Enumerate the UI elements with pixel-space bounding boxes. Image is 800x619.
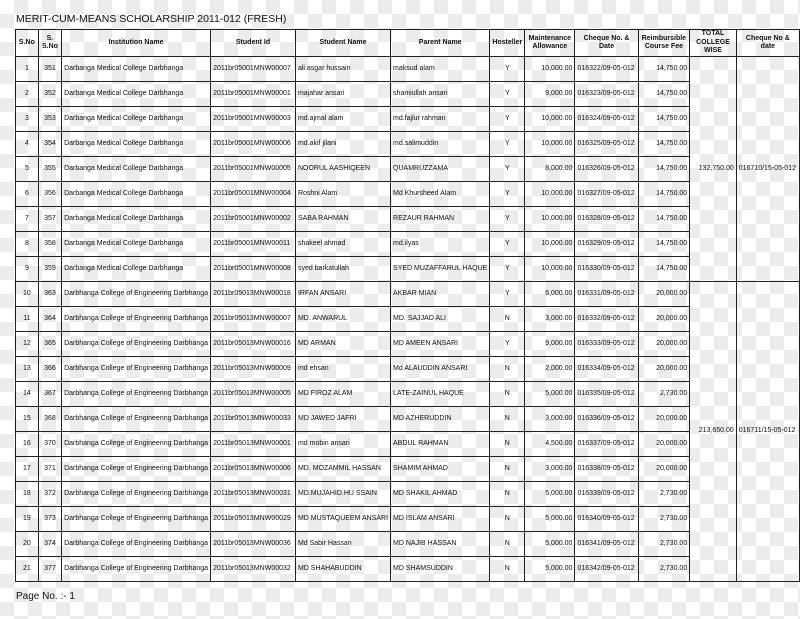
cell-maintenance: 10,000.00 <box>525 182 575 207</box>
cell-maintenance: 5,000.00 <box>525 557 575 582</box>
table-row: 18372Darbhanga College of Engineering Da… <box>16 482 800 507</box>
cell-ssno: 353 <box>38 107 61 132</box>
cell-parent-name: md.salimuddin <box>391 132 490 157</box>
cell-ssno: 363 <box>38 282 61 307</box>
cell-course-fee: 14,750.00 <box>638 132 690 157</box>
table-row: 10363Darbhanga College of Engineering Da… <box>16 282 800 307</box>
table-row: 5355Darbanga Medical College Darbhanga20… <box>16 157 800 182</box>
cell-sno: 15 <box>16 407 39 432</box>
cell-parent-name: MD. SAJJAD ALI <box>391 307 490 332</box>
cell-institution: Darbhanga College of Engineering Darbhan… <box>62 282 211 307</box>
cell-student-name: majahar ansari <box>295 82 390 107</box>
cell-parent-name: SHAMIM AHMAD <box>391 457 490 482</box>
cell-course-fee: 20,000.00 <box>638 432 690 457</box>
cell-cheque: 016339/09-05-012 <box>575 482 638 507</box>
cell-student-name: MD ARMAN <box>295 332 390 357</box>
cell-parent-name: SYED MUZAFFARUL HAQUE <box>391 257 490 282</box>
cell-sno: 6 <box>16 182 39 207</box>
table-header-row: S.No S. S.No Institution Name Student Id… <box>16 30 800 57</box>
cell-course-fee: 20,000.00 <box>638 457 690 482</box>
cell-maintenance: 6,000.00 <box>525 282 575 307</box>
document-title: MERIT-CUM-MEANS SCHOLARSHIP 2011-012 (FR… <box>16 13 286 25</box>
cell-ssno: 366 <box>38 357 61 382</box>
table-row: 21377Darbhanga College of Engineering Da… <box>16 557 800 582</box>
cell-parent-name: MD AZHERUDDIN <box>391 407 490 432</box>
cell-total-cheque: 016710/15-05-012 <box>736 57 799 282</box>
cell-maintenance: 4,500.00 <box>525 432 575 457</box>
cell-hosteller: Y <box>490 282 525 307</box>
cell-course-fee: 14,750.00 <box>638 107 690 132</box>
cell-cheque: 016342/09-05-012 <box>575 557 638 582</box>
cell-course-fee: 14,750.00 <box>638 157 690 182</box>
cell-student-name: Roshni Alam <box>295 182 390 207</box>
cell-sno: 7 <box>16 207 39 232</box>
cell-cheque: 016324/09-05-012 <box>575 107 638 132</box>
cell-sno: 2 <box>16 82 39 107</box>
cell-parent-name: shamiullah ansari <box>391 82 490 107</box>
cell-course-fee: 14,750.00 <box>638 232 690 257</box>
cell-sno: 21 <box>16 557 39 582</box>
cell-cheque: 016328/09-05-012 <box>575 207 638 232</box>
cell-ssno: 351 <box>38 57 61 82</box>
cell-course-fee: 2,730.00 <box>638 482 690 507</box>
cell-parent-name: md.ilyas <box>391 232 490 257</box>
cell-institution: Darbhanga College of Engineering Darbhan… <box>62 507 211 532</box>
cell-ssno: 356 <box>38 182 61 207</box>
cell-cheque: 016337/09-05-012 <box>575 432 638 457</box>
cell-student-id: 2011br05013MNW00001 <box>211 432 296 457</box>
cell-sno: 3 <box>16 107 39 132</box>
cell-hosteller: Y <box>490 207 525 232</box>
cell-parent-name: QUAMRUZZAMA <box>391 157 490 182</box>
col-header-total-cheque: Cheque No & date <box>736 30 799 57</box>
cell-student-id: 2011br05001MNW00006 <box>211 132 296 157</box>
col-header-student-name: Student Name <box>295 30 390 57</box>
cell-maintenance: 10,000.00 <box>525 207 575 232</box>
table-row: 17371Darbhanga College of Engineering Da… <box>16 457 800 482</box>
cell-parent-name: md.fajlur rahman <box>391 107 490 132</box>
table-row: 4354Darbanga Medical College Darbhanga20… <box>16 132 800 157</box>
cell-maintenance: 5,000.00 <box>525 532 575 557</box>
col-header-student-id: Student Id <box>211 30 296 57</box>
col-header-hosteller: Hosteller <box>490 30 525 57</box>
cell-student-id: 2011br05013MNW00009 <box>211 357 296 382</box>
cell-course-fee: 14,750.00 <box>638 82 690 107</box>
cell-course-fee: 2,730.00 <box>638 532 690 557</box>
cell-cheque: 016341/09-05-012 <box>575 532 638 557</box>
cell-parent-name: maksud alam <box>391 57 490 82</box>
cell-ssno: 355 <box>38 157 61 182</box>
table-row: 3353Darbanga Medical College Darbhanga20… <box>16 107 800 132</box>
cell-parent-name: Md ALAUDDIN ANSARI <box>391 357 490 382</box>
cell-maintenance: 10,000.00 <box>525 107 575 132</box>
cell-student-name: MD FIROZ ALAM <box>295 382 390 407</box>
cell-course-fee: 2,730.00 <box>638 382 690 407</box>
cell-student-id: 2011br05001MNW00011 <box>211 232 296 257</box>
table-row: 15368Darbhanga College of Engineering Da… <box>16 407 800 432</box>
cell-student-id: 2011br05013MNW00005 <box>211 382 296 407</box>
col-header-maintenance: Maintenance Allowance <box>525 30 575 57</box>
cell-cheque: 016323/09-05-012 <box>575 82 638 107</box>
cell-ssno: 373 <box>38 507 61 532</box>
cell-ssno: 365 <box>38 332 61 357</box>
cell-course-fee: 14,750.00 <box>638 182 690 207</box>
cell-ssno: 374 <box>38 532 61 557</box>
cell-hosteller: N <box>490 382 525 407</box>
cell-sno: 5 <box>16 157 39 182</box>
cell-course-fee: 2,730.00 <box>638 557 690 582</box>
cell-maintenance: 9,000.00 <box>525 82 575 107</box>
cell-cheque: 016338/09-05-012 <box>575 457 638 482</box>
col-header-sno: S.No <box>16 30 39 57</box>
cell-institution: Darbanga Medical College Darbhanga <box>62 132 211 157</box>
cell-cheque: 016322/09-05-012 <box>575 57 638 82</box>
cell-maintenance: 10,000.00 <box>525 57 575 82</box>
cell-student-name: syed barkatullah <box>295 257 390 282</box>
cell-hosteller: N <box>490 507 525 532</box>
table-row: 12365Darbhanga College of Engineering Da… <box>16 332 800 357</box>
cell-maintenance: 5,000.00 <box>525 382 575 407</box>
cell-course-fee: 20,000.00 <box>638 307 690 332</box>
cell-maintenance: 10,000.00 <box>525 257 575 282</box>
cell-ssno: 367 <box>38 382 61 407</box>
cell-student-id: 2011br05001MNW00003 <box>211 107 296 132</box>
cell-cheque: 016336/09-05-012 <box>575 407 638 432</box>
cell-hosteller: Y <box>490 257 525 282</box>
cell-student-name: MD.MUJAHID.HU SSAIN <box>295 482 390 507</box>
cell-hosteller: Y <box>490 107 525 132</box>
cell-maintenance: 3,000.00 <box>525 457 575 482</box>
cell-student-id: 2011br05001MNW00004 <box>211 182 296 207</box>
cell-maintenance: 5,000.00 <box>525 507 575 532</box>
cell-maintenance: 10,000.00 <box>525 132 575 157</box>
cell-ssno: 368 <box>38 407 61 432</box>
cell-hosteller: N <box>490 432 525 457</box>
cell-parent-name: LATE-ZAINUL HAQUE <box>391 382 490 407</box>
cell-institution: Darbanga Medical College Darbhanga <box>62 57 211 82</box>
col-header-course-fee: Reimbursible Course Fee <box>638 30 690 57</box>
cell-student-name: MD JAWED JAFRI <box>295 407 390 432</box>
cell-student-id: 2011br05013MNW00036 <box>211 532 296 557</box>
cell-sno: 16 <box>16 432 39 457</box>
table-row: 1351Darbanga Medical College Darbhanga20… <box>16 57 800 82</box>
cell-hosteller: N <box>490 407 525 432</box>
page-number: Page No. :- 1 <box>16 591 75 602</box>
col-header-cheque: Cheque No. & Date <box>575 30 638 57</box>
cell-student-id: 2011br05013MNW00007 <box>211 307 296 332</box>
cell-cheque: 016327/09-05-012 <box>575 182 638 207</box>
cell-institution: Darbhanga College of Engineering Darbhan… <box>62 557 211 582</box>
table-row: 11364Darbhanga College of Engineering Da… <box>16 307 800 332</box>
cell-student-id: 2011br05013MNW00033 <box>211 407 296 432</box>
cell-sno: 19 <box>16 507 39 532</box>
table-row: 20374Darbhanga College of Engineering Da… <box>16 532 800 557</box>
cell-course-fee: 20,000.00 <box>638 282 690 307</box>
cell-maintenance: 3,000.00 <box>525 407 575 432</box>
cell-institution: Darbhanga College of Engineering Darbhan… <box>62 307 211 332</box>
cell-institution: Darbanga Medical College Darbhanga <box>62 257 211 282</box>
cell-parent-name: ABDUL RAHMAN <box>391 432 490 457</box>
cell-student-id: 2011br05013MNW00006 <box>211 457 296 482</box>
cell-student-name: NOORUL AASHIQEEN <box>295 157 390 182</box>
cell-hosteller: N <box>490 457 525 482</box>
cell-course-fee: 14,750.00 <box>638 57 690 82</box>
cell-student-id: 2011br05013MNW00018 <box>211 282 296 307</box>
table-row: 19373Darbhanga College of Engineering Da… <box>16 507 800 532</box>
cell-student-name: Md Sabir Hassan <box>295 532 390 557</box>
cell-cheque: 016334/09-05-012 <box>575 357 638 382</box>
col-header-parent-name: Parent Name <box>391 30 490 57</box>
table-row: 9359Darbanga Medical College Darbhanga20… <box>16 257 800 282</box>
cell-ssno: 357 <box>38 207 61 232</box>
cell-institution: Darbhanga College of Engineering Darbhan… <box>62 482 211 507</box>
cell-institution: Darbanga Medical College Darbhanga <box>62 82 211 107</box>
cell-student-name: md.ajmal alam <box>295 107 390 132</box>
cell-course-fee: 14,750.00 <box>638 257 690 282</box>
cell-student-name: md ehsan <box>295 357 390 382</box>
cell-student-id: 2011br05013MNW00016 <box>211 332 296 357</box>
col-header-institution: Institution Name <box>62 30 211 57</box>
cell-total-college-wise: 132,750.00 <box>690 57 737 282</box>
cell-sno: 4 <box>16 132 39 157</box>
cell-institution: Darbhanga College of Engineering Darbhan… <box>62 432 211 457</box>
cell-ssno: 377 <box>38 557 61 582</box>
cell-ssno: 371 <box>38 457 61 482</box>
cell-cheque: 016333/09-05-012 <box>575 332 638 357</box>
cell-student-name: IRFAN ANSARI <box>295 282 390 307</box>
cell-cheque: 016331/09-05-012 <box>575 282 638 307</box>
cell-student-name: MD. ANWARUL <box>295 307 390 332</box>
cell-parent-name: MD SHAKIL AHMAD <box>391 482 490 507</box>
cell-maintenance: 8,000.00 <box>525 157 575 182</box>
cell-ssno: 352 <box>38 82 61 107</box>
table-row: 16370Darbhanga College of Engineering Da… <box>16 432 800 457</box>
cell-sno: 14 <box>16 382 39 407</box>
cell-sno: 12 <box>16 332 39 357</box>
cell-student-id: 2011br05013MNW00031 <box>211 482 296 507</box>
cell-course-fee: 20,000.00 <box>638 332 690 357</box>
cell-sno: 18 <box>16 482 39 507</box>
scholarship-table: S.No S. S.No Institution Name Student Id… <box>15 29 800 582</box>
cell-institution: Darbanga Medical College Darbhanga <box>62 207 211 232</box>
cell-hosteller: Y <box>490 132 525 157</box>
cell-sno: 10 <box>16 282 39 307</box>
table-row: 2352Darbanga Medical College Darbhanga20… <box>16 82 800 107</box>
cell-hosteller: Y <box>490 182 525 207</box>
cell-hosteller: N <box>490 532 525 557</box>
cell-course-fee: 2,730.00 <box>638 507 690 532</box>
col-header-total-college: TOTAL COLLEGE WISE <box>690 30 737 57</box>
table-row: 6356Darbanga Medical College Darbhanga20… <box>16 182 800 207</box>
cell-institution: Darbhanga College of Engineering Darbhan… <box>62 382 211 407</box>
table-row: 7357Darbanga Medical College Darbhanga20… <box>16 207 800 232</box>
cell-cheque: 016335/09-05-012 <box>575 382 638 407</box>
col-header-ssno: S. S.No <box>38 30 61 57</box>
cell-cheque: 016330/09-05-012 <box>575 257 638 282</box>
cell-parent-name: MD AMEEN ANSARI <box>391 332 490 357</box>
cell-institution: Darbhanga College of Engineering Darbhan… <box>62 357 211 382</box>
cell-hosteller: N <box>490 307 525 332</box>
cell-student-id: 2011br05001MNW00007 <box>211 57 296 82</box>
cell-sno: 1 <box>16 57 39 82</box>
cell-parent-name: MD SHAMSUDDIN <box>391 557 490 582</box>
cell-parent-name: AKBAR MIAN <box>391 282 490 307</box>
cell-institution: Darbanga Medical College Darbhanga <box>62 232 211 257</box>
cell-parent-name: MD ISLAM ANSARI <box>391 507 490 532</box>
cell-maintenance: 5,000.00 <box>525 482 575 507</box>
cell-cheque: 016332/09-05-012 <box>575 307 638 332</box>
cell-student-id: 2011br05001MNW00001 <box>211 82 296 107</box>
cell-institution: Darbanga Medical College Darbhanga <box>62 182 211 207</box>
cell-cheque: 016340/09-05-012 <box>575 507 638 532</box>
cell-institution: Darbanga Medical College Darbhanga <box>62 157 211 182</box>
cell-parent-name: MD NAJIB HASSAN <box>391 532 490 557</box>
cell-course-fee: 14,750.00 <box>638 207 690 232</box>
cell-maintenance: 3,000.00 <box>525 307 575 332</box>
cell-student-name: MD MUSTAQUEEM ANSARI <box>295 507 390 532</box>
cell-sno: 13 <box>16 357 39 382</box>
cell-sno: 8 <box>16 232 39 257</box>
cell-ssno: 354 <box>38 132 61 157</box>
cell-maintenance: 2,000.00 <box>525 357 575 382</box>
cell-course-fee: 20,000.00 <box>638 407 690 432</box>
cell-hosteller: Y <box>490 82 525 107</box>
cell-student-id: 2011br05001MNW00008 <box>211 257 296 282</box>
cell-hosteller: N <box>490 357 525 382</box>
cell-ssno: 358 <box>38 232 61 257</box>
cell-cheque: 016326/09-05-012 <box>575 157 638 182</box>
table-row: 13366Darbhanga College of Engineering Da… <box>16 357 800 382</box>
cell-student-id: 2011br05001MNW00005 <box>211 157 296 182</box>
cell-total-college-wise: 213,650.00 <box>690 282 737 582</box>
table-row: 14367Darbhanga College of Engineering Da… <box>16 382 800 407</box>
cell-sno: 11 <box>16 307 39 332</box>
cell-sno: 20 <box>16 532 39 557</box>
cell-student-id: 2011br05001MNW00002 <box>211 207 296 232</box>
cell-institution: Darbhanga College of Engineering Darbhan… <box>62 457 211 482</box>
cell-cheque: 016329/09-05-012 <box>575 232 638 257</box>
cell-sno: 17 <box>16 457 39 482</box>
cell-student-name: MD. MOZAMMIL HASSAN <box>295 457 390 482</box>
cell-institution: Darbanga Medical College Darbhanga <box>62 107 211 132</box>
cell-ssno: 370 <box>38 432 61 457</box>
cell-student-id: 2011br05013MNW00032 <box>211 557 296 582</box>
cell-hosteller: N <box>490 482 525 507</box>
cell-maintenance: 10,000.00 <box>525 232 575 257</box>
cell-ssno: 372 <box>38 482 61 507</box>
cell-ssno: 364 <box>38 307 61 332</box>
table-row: 8358Darbanga Medical College Darbhanga20… <box>16 232 800 257</box>
cell-student-name: SABA RAHMAN <box>295 207 390 232</box>
cell-institution: Darbhanga College of Engineering Darbhan… <box>62 532 211 557</box>
cell-hosteller: Y <box>490 157 525 182</box>
cell-student-id: 2011br05013MNW00029 <box>211 507 296 532</box>
cell-student-name: shakeel ahmad <box>295 232 390 257</box>
cell-hosteller: Y <box>490 332 525 357</box>
cell-hosteller: N <box>490 557 525 582</box>
cell-student-name: md mobin ansari <box>295 432 390 457</box>
cell-hosteller: Y <box>490 232 525 257</box>
cell-hosteller: Y <box>490 57 525 82</box>
cell-institution: Darbhanga College of Engineering Darbhan… <box>62 407 211 432</box>
cell-student-name: MD SHAHABUDDIN <box>295 557 390 582</box>
cell-cheque: 016325/09-05-012 <box>575 132 638 157</box>
cell-sno: 9 <box>16 257 39 282</box>
cell-parent-name: REZAUR RAHMAN <box>391 207 490 232</box>
cell-course-fee: 20,000.00 <box>638 357 690 382</box>
cell-total-cheque: 016711/15-05-012 <box>736 282 799 582</box>
cell-parent-name: Md Khursheed Alam <box>391 182 490 207</box>
cell-institution: Darbhanga College of Engineering Darbhan… <box>62 332 211 357</box>
cell-student-name: md.akif jilani <box>295 132 390 157</box>
cell-maintenance: 9,000.00 <box>525 332 575 357</box>
cell-student-name: ali asgar hussain <box>295 57 390 82</box>
cell-ssno: 359 <box>38 257 61 282</box>
